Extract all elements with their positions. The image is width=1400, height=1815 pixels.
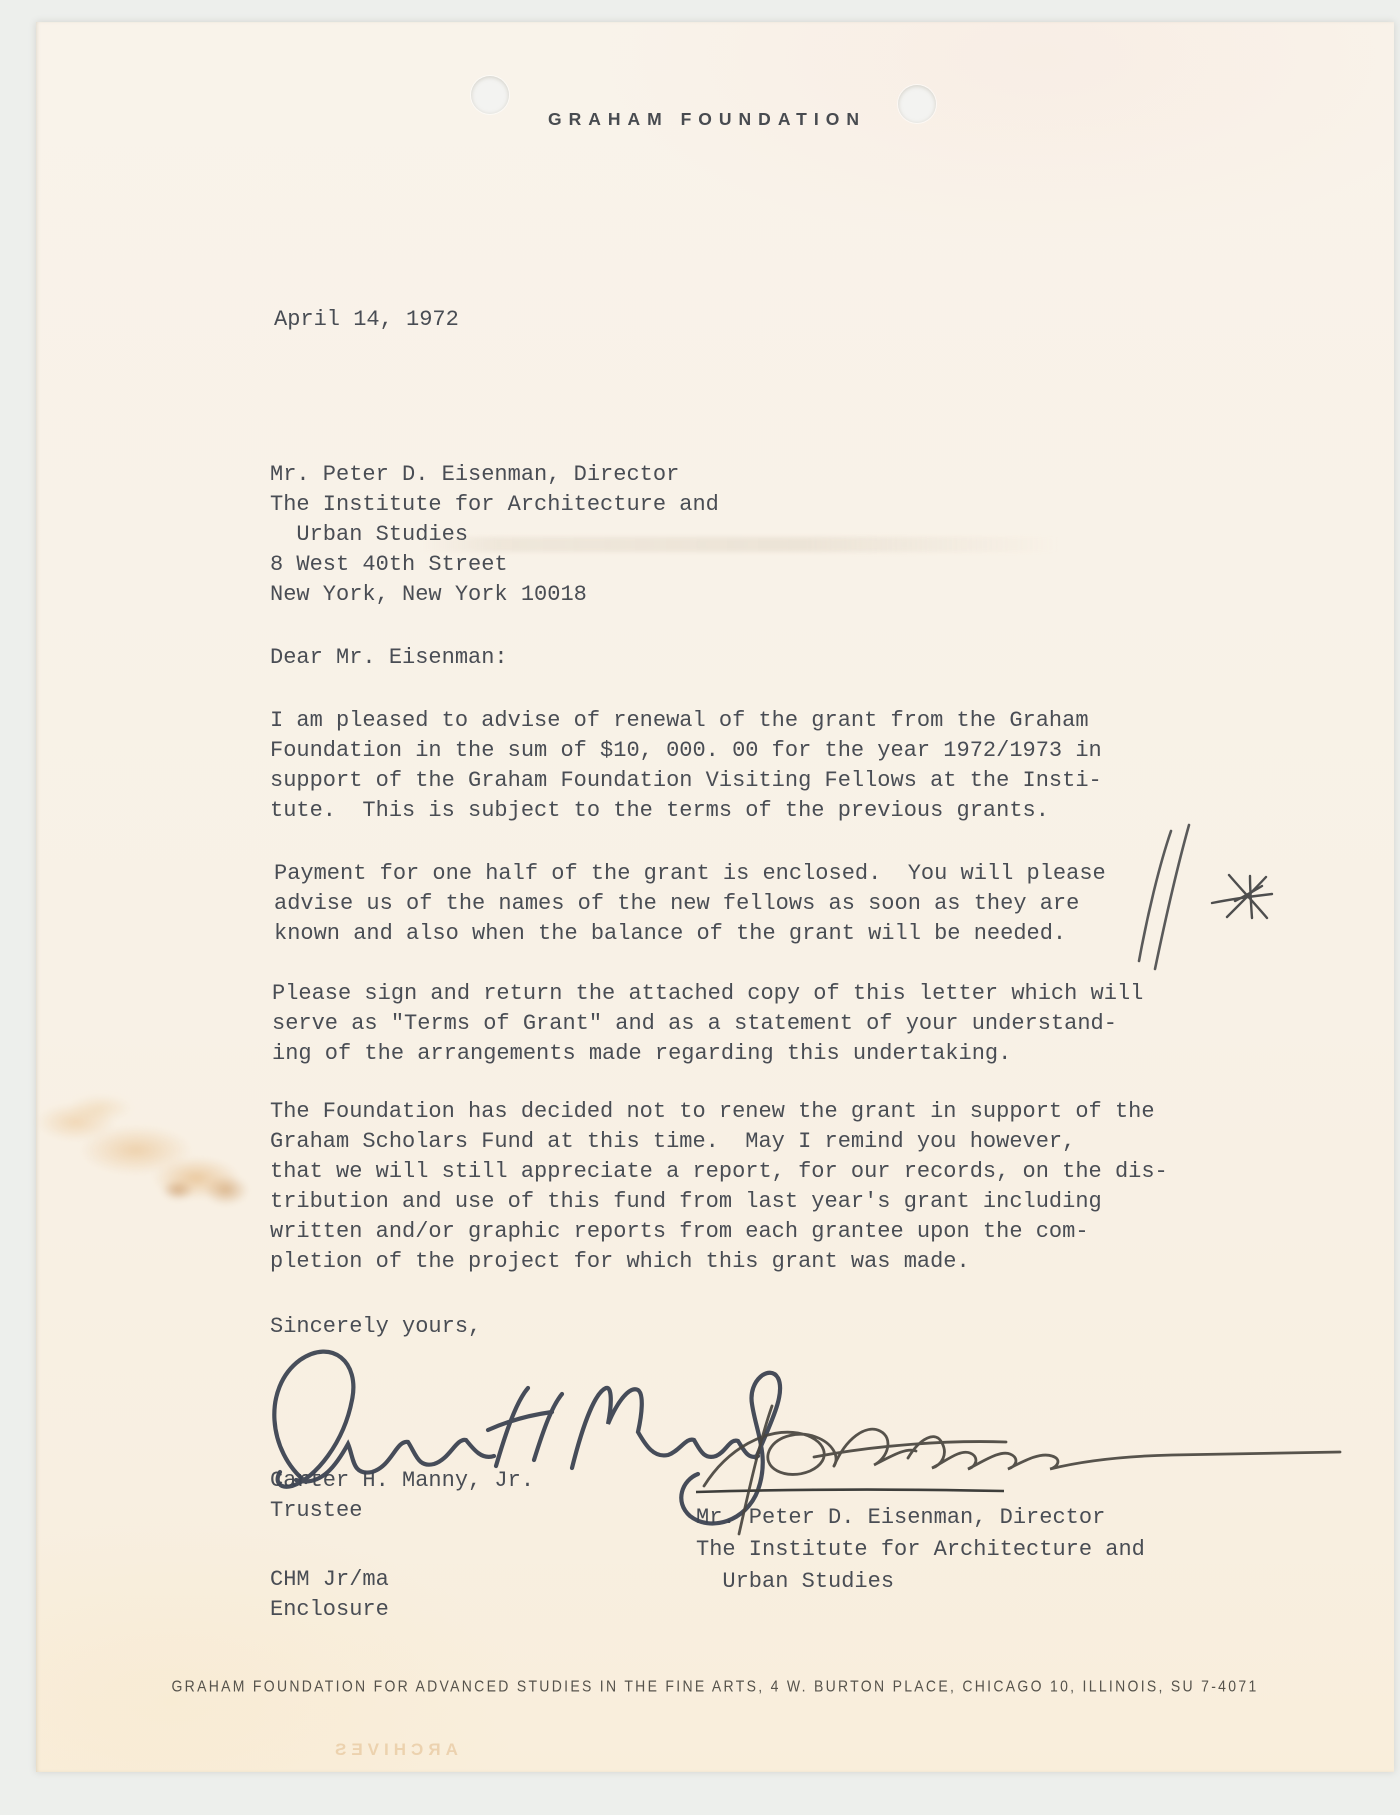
punch-hole-left — [471, 76, 509, 114]
sender-name: Carter H. Manny, Jr. — [270, 1466, 534, 1496]
letterhead-title: GRAHAM FOUNDATION — [548, 109, 866, 130]
enclosure-note: Enclosure — [270, 1595, 389, 1625]
scan-background: GRAHAM FOUNDATION April 14, 1972 Mr. Pet… — [0, 0, 1400, 1815]
closing-line: Sincerely yours, — [270, 1312, 481, 1342]
body-paragraph-3: Please sign and return the attached copy… — [272, 979, 1143, 1069]
date-line: April 14, 1972 — [274, 305, 459, 335]
body-paragraph-1: I am pleased to advise of renewal of the… — [270, 706, 1102, 826]
countersignature-block: Mr. Peter D. Eisenman, Director The Inst… — [696, 1502, 1145, 1598]
coffee-stain — [28, 1088, 253, 1223]
salutation: Dear Mr. Eisenman: — [270, 643, 508, 673]
body-paragraph-4: The Foundation has decided not to renew … — [270, 1097, 1168, 1277]
punch-hole-right — [898, 85, 936, 123]
sender-title: Trustee — [270, 1496, 362, 1526]
letterhead-footer: GRAHAM FOUNDATION FOR ADVANCED STUDIES I… — [36, 1677, 1394, 1695]
recipient-address: Mr. Peter D. Eisenman, Director The Inst… — [270, 460, 719, 610]
body-paragraph-2: Payment for one half of the grant is enc… — [274, 859, 1106, 949]
reference-initials: CHM Jr/ma — [270, 1565, 389, 1595]
archives-stamp-mirrored: ARCHIVES — [330, 1740, 458, 1760]
